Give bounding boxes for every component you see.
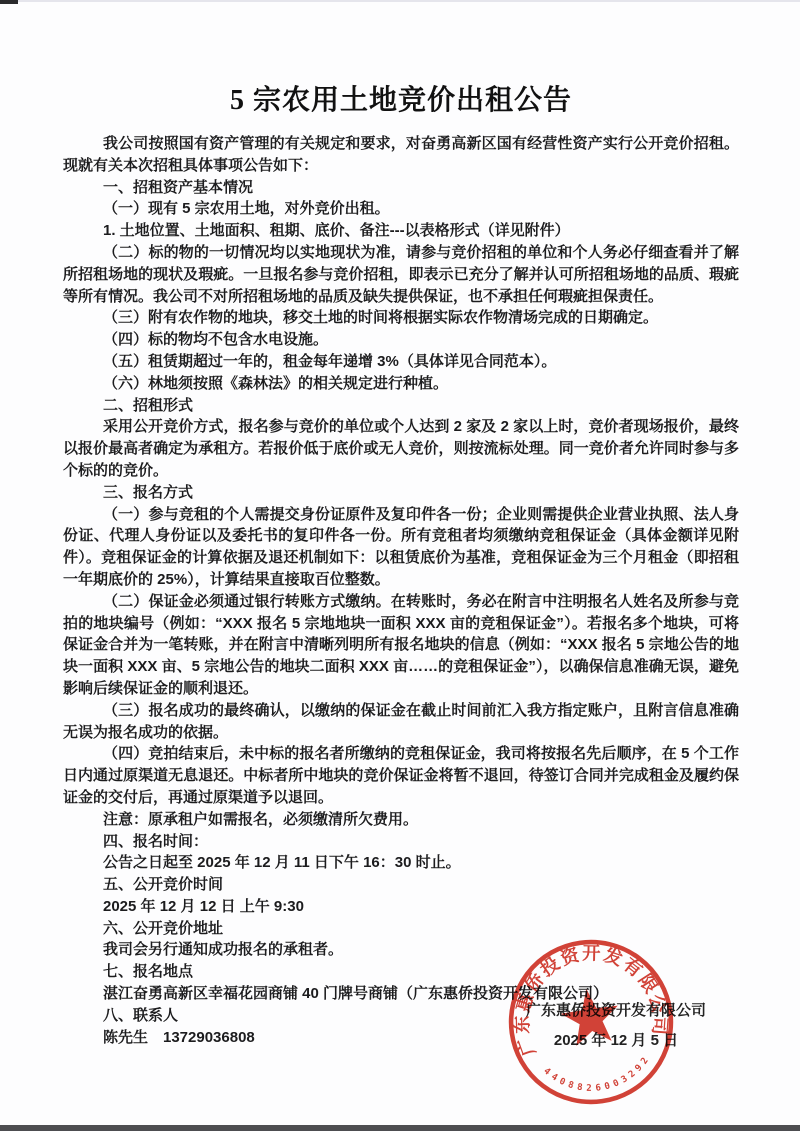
paragraph: （四）标的物均不包含水电设施。 bbox=[63, 329, 739, 351]
paragraph: 采用公开竞价方式，报名参与竞价的单位或个人达到 2 家及 2 家以上时，竞价者现… bbox=[63, 416, 739, 481]
paragraph: 公告之日起至 2025 年 12 月 11 日下午 16：30 时止。 bbox=[63, 852, 739, 874]
paragraph: （五）租赁期超过一年的，租金每年递增 3%（具体详见合同范本）。 bbox=[63, 351, 739, 373]
paragraph: （三）附有农作物的地块，移交土地的时间将根据实际农作物清场完成的日期确定。 bbox=[63, 307, 739, 329]
paragraph: （三）报名成功的最终确认，以缴纳的保证金在截止时间前汇入我方指定账户，且附言信息… bbox=[63, 700, 739, 744]
paragraph: 我公司按照国有资产管理的有关规定和要求，对奋勇高新区国有经营性资产实行公开竞价招… bbox=[63, 133, 739, 177]
section-heading: 四、报名时间： bbox=[63, 831, 739, 853]
section-heading: 二、招租形式 bbox=[63, 395, 739, 417]
paragraph: （一）现有 5 宗农用土地，对外竞价出租。 bbox=[63, 198, 739, 220]
paragraph: （四）竞拍结束后，未中标的报名者所缴纳的竞租保证金，我司将按报名先后顺序，在 5… bbox=[63, 743, 739, 808]
paragraph: （一）参与竞租的个人需提交身份证原件及复印件各一份；企业则需提供企业营业执照、法… bbox=[63, 504, 739, 591]
signature-block: 广东惠侨投资开发有限公司 2025 年 12 月 5 日 bbox=[500, 999, 732, 1050]
svg-text:4408826003292: 4408826003292 bbox=[540, 1052, 656, 1101]
paragraph: 我司会另行通知成功报名的承租者。 bbox=[63, 939, 739, 961]
document-title: 5 宗农用土地竞价出租公告 bbox=[63, 78, 739, 118]
signature-company: 广东惠侨投资开发有限公司 bbox=[500, 999, 732, 1020]
section-heading: 五、公开竞价时间 bbox=[63, 874, 739, 896]
paragraph: （二）保证金必须通过银行转账方式缴纳。在转账时，务必在附言中注明报名人姓名及所参… bbox=[63, 591, 739, 700]
document-body: 我公司按照国有资产管理的有关规定和要求，对奋勇高新区国有经营性资产实行公开竞价招… bbox=[63, 133, 739, 1048]
paragraph: 1. 土地位置、土地面积、租期、底价、备注---以表格形式（详见附件） bbox=[63, 220, 739, 242]
scan-corner-mark bbox=[0, 0, 18, 4]
scan-bottom-edge-bar bbox=[0, 1125, 800, 1131]
section-heading: 三、报名方式 bbox=[63, 482, 739, 504]
document-content: 5 宗农用土地竞价出租公告 我公司按照国有资产管理的有关规定和要求，对奋勇高新区… bbox=[63, 78, 739, 1048]
signature-date: 2025 年 12 月 5 日 bbox=[500, 1029, 732, 1050]
section-heading: 一、招租资产基本情况 bbox=[63, 177, 739, 199]
section-heading: 七、报名地点 bbox=[63, 961, 739, 983]
paragraph: （六）林地须按照《森林法》的相关规定进行种植。 bbox=[63, 373, 739, 395]
paragraph: 2025 年 12 月 12 日 上午 9:30 bbox=[63, 896, 739, 918]
scan-top-edge bbox=[0, 0, 800, 2]
seal-serial-number: 4408826003292 bbox=[540, 1052, 656, 1101]
paragraph: 注意：原承租户如需报名，必须缴清所欠费用。 bbox=[63, 809, 739, 831]
paragraph: （二）标的物的一切情况均以实地现状为准，请参与竞价招租的单位和个人务必仔细查看并… bbox=[63, 242, 739, 307]
section-heading: 六、公开竞价地址 bbox=[63, 918, 739, 940]
scanned-document-page: 5 宗农用土地竞价出租公告 我公司按照国有资产管理的有关规定和要求，对奋勇高新区… bbox=[0, 0, 800, 1131]
